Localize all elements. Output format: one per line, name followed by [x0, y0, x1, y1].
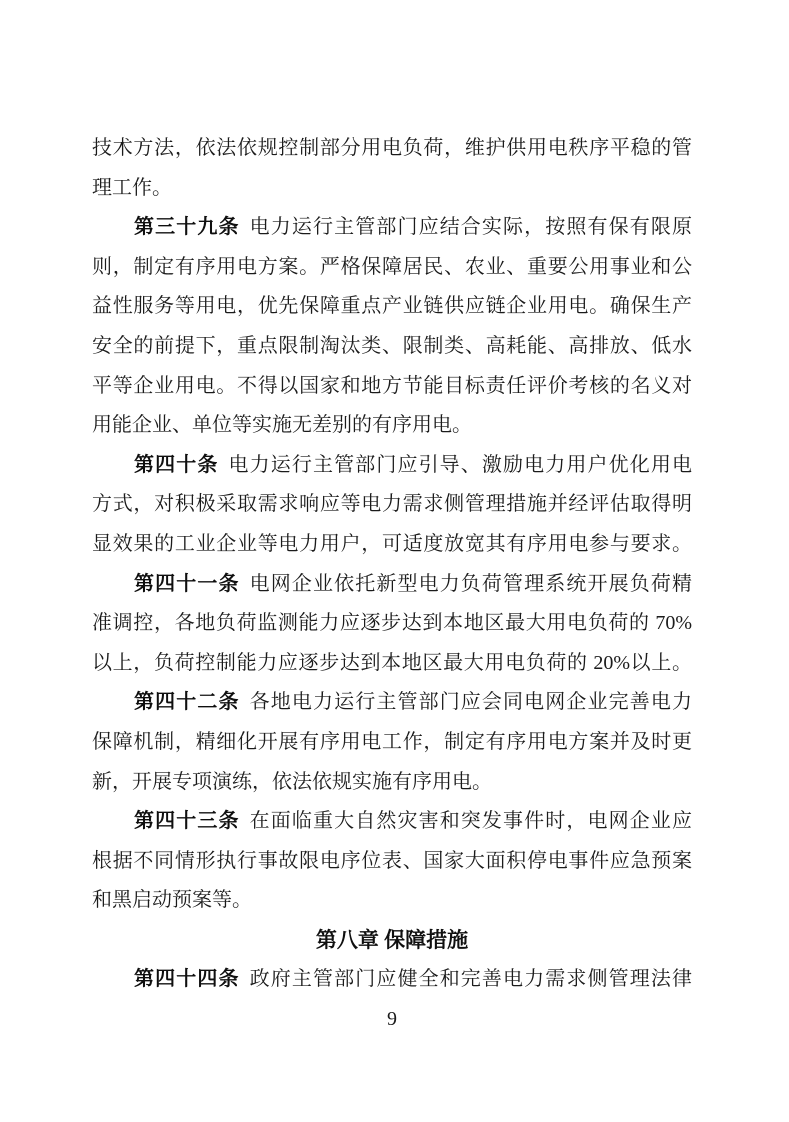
line-text: 在面临重大自然灾害和突发事件时，电网企业应: [250, 810, 692, 832]
line-text: 技术方法，依法依规控制部分用电负荷，维护供用电秩序平稳的管: [92, 137, 692, 159]
line-text: 安全的前提下，重点限制淘汰类、限制类、高耗能、高排放、低水: [92, 335, 692, 357]
article-paragraph-line: 第四十一条电网企业依托新型电力负荷管理系统开展负荷精: [92, 565, 692, 605]
line-text: 则，制定有序用电方案。严格保障居民、农业、重要公用事业和公: [92, 256, 692, 278]
line-text: 平等企业用电。不得以国家和地方节能目标责任评价考核的名义对: [92, 375, 692, 397]
body-text-line: 益性服务等用电，优先保障重点产业链供应链企业用电。确保生产: [92, 287, 692, 327]
line-text: 根据不同情形执行事故限电序位表、国家大面积停电事件应急预案: [92, 850, 692, 872]
line-text: 政府主管部门应健全和完善电力需求侧管理法律: [250, 968, 692, 990]
page-body: 技术方法，依法依规控制部分用电负荷，维护供用电秩序平稳的管理工作。第三十九条电力…: [92, 129, 692, 1040]
article-paragraph-line: 第四十三条在面临重大自然灾害和突发事件时，电网企业应: [92, 802, 692, 842]
article-paragraph-line: 第三十九条电力运行主管部门应结合实际，按照有保有限原: [92, 208, 692, 248]
line-text: 以上，负荷控制能力应逐步达到本地区最大用电负荷的 20%以上。: [92, 652, 692, 674]
body-text-line: 新，开展专项演练，依法依规实施有序用电。: [92, 763, 692, 803]
line-text: 用能企业、单位等实施无差别的有序用电。: [92, 414, 472, 436]
body-text-line: 用能企业、单位等实施无差别的有序用电。: [92, 406, 692, 446]
body-text-line: 根据不同情形执行事故限电序位表、国家大面积停电事件应急预案: [92, 842, 692, 882]
line-text: 电网企业依托新型电力负荷管理系统开展负荷精: [250, 573, 692, 595]
body-text-line: 理工作。: [92, 169, 692, 209]
line-text: 方式，对积极采取需求响应等电力需求侧管理措施并经评估取得明: [92, 493, 692, 515]
body-text-line: 保障机制，精细化开展有序用电工作，制定有序用电方案并及时更: [92, 723, 692, 763]
line-text: 理工作。: [92, 177, 172, 199]
body-text-line: 安全的前提下，重点限制淘汰类、限制类、高耗能、高排放、低水: [92, 327, 692, 367]
line-text: 各地电力运行主管部门应会同电网企业完善电力: [250, 691, 692, 713]
line-text: 显效果的工业企业等电力用户，可适度放宽其有序用电参与要求。: [92, 533, 692, 555]
article-number-label: 第三十九条: [134, 216, 240, 238]
line-text: 保障机制，精细化开展有序用电工作，制定有序用电方案并及时更: [92, 731, 692, 753]
chapter-heading: 第八章 保障措施: [92, 921, 692, 961]
body-text-line: 则，制定有序用电方案。严格保障居民、农业、重要公用事业和公: [92, 248, 692, 288]
article-paragraph-line: 第四十条电力运行主管部门应引导、激励电力用户优化用电: [92, 446, 692, 486]
body-text-line: 平等企业用电。不得以国家和地方节能目标责任评价考核的名义对: [92, 367, 692, 407]
article-number-label: 第四十三条: [134, 810, 240, 832]
article-number-label: 第四十条: [134, 454, 218, 476]
document-page: 技术方法，依法依规控制部分用电负荷，维护供用电秩序平稳的管理工作。第三十九条电力…: [0, 0, 789, 1122]
body-text-line: 以上，负荷控制能力应逐步达到本地区最大用电负荷的 20%以上。: [92, 644, 692, 684]
article-number-label: 第四十四条: [134, 968, 240, 990]
line-text: 和黑启动预案等。: [92, 889, 252, 911]
chapter-heading-text: 第八章 保障措施: [316, 928, 468, 952]
article-number-label: 第四十一条: [134, 573, 240, 595]
body-text-line: 准调控，各地负荷监测能力应逐步达到本地区最大用电负荷的 70%: [92, 604, 692, 644]
body-text-line: 和黑启动预案等。: [92, 881, 692, 921]
line-text: 益性服务等用电，优先保障重点产业链供应链企业用电。确保生产: [92, 295, 692, 317]
article-number-label: 第四十二条: [134, 691, 240, 713]
body-text-line: 显效果的工业企业等电力用户，可适度放宽其有序用电参与要求。: [92, 525, 692, 565]
line-text: 准调控，各地负荷监测能力应逐步达到本地区最大用电负荷的 70%: [92, 612, 692, 634]
line-text: 新，开展专项演练，依法依规实施有序用电。: [92, 771, 492, 793]
line-text: 电力运行主管部门应引导、激励电力用户优化用电: [228, 454, 692, 476]
body-text-line: 方式，对积极采取需求响应等电力需求侧管理措施并经评估取得明: [92, 485, 692, 525]
body-text-line: 技术方法，依法依规控制部分用电负荷，维护供用电秩序平稳的管: [92, 129, 692, 169]
article-paragraph-line: 第四十四条政府主管部门应健全和完善电力需求侧管理法律: [92, 960, 692, 1000]
page-number: 9: [92, 1000, 692, 1040]
line-text: 电力运行主管部门应结合实际，按照有保有限原: [250, 216, 692, 238]
article-paragraph-line: 第四十二条各地电力运行主管部门应会同电网企业完善电力: [92, 683, 692, 723]
